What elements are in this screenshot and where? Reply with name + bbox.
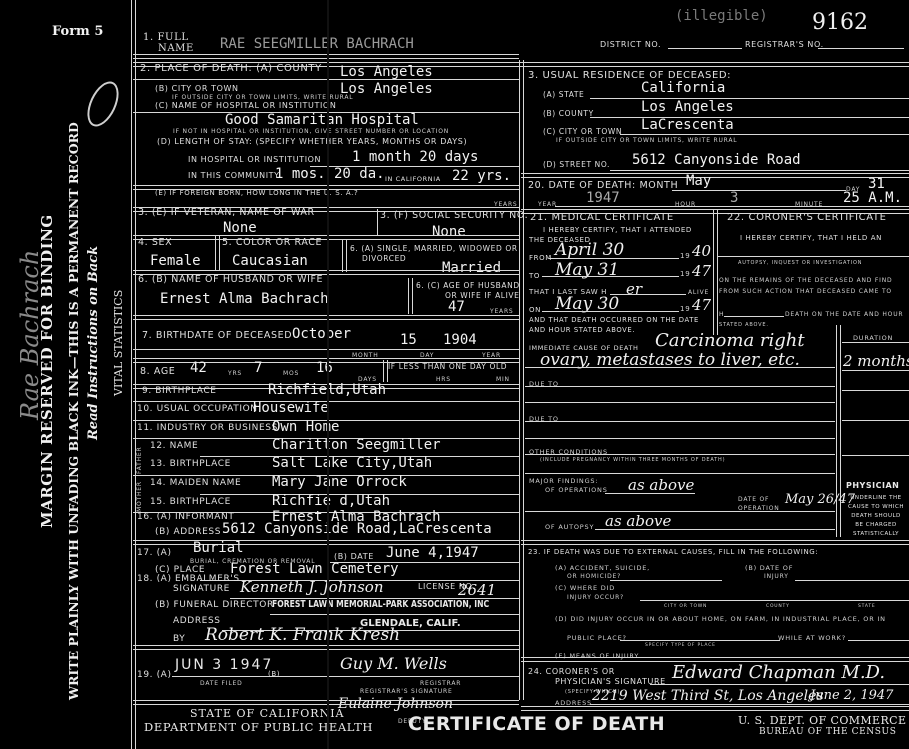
birth-month-value: October: [292, 326, 351, 342]
registrar-no-label: Registrar's No.: [745, 40, 824, 49]
mother-name-value: Mary Jane Orrock: [272, 474, 407, 490]
death-hour: 3: [730, 190, 738, 206]
county-of-death: Los Angeles: [340, 64, 433, 80]
middle-column-border: [519, 60, 524, 700]
embalmer-signature: Kenneth J. Johnson: [240, 578, 383, 596]
registrar-number: 9162: [812, 10, 868, 35]
mother-birthplace-value: Richfie d,Utah: [272, 493, 390, 509]
death-minute: 25 A.M.: [843, 190, 902, 206]
residence-city: LaCrescenta: [641, 117, 734, 133]
race-value: Caucasian: [232, 253, 308, 269]
death-year: 1947: [586, 190, 620, 206]
autopsy-findings: as above: [605, 512, 671, 530]
disposition-date-value: June 4,1947: [386, 545, 479, 561]
duration-value: 2 months: [843, 352, 909, 370]
city-of-death: Los Angeles: [340, 81, 433, 97]
age-years-value: 42: [190, 360, 207, 376]
physician-label: PHYSICIAN: [846, 481, 899, 490]
birth-year-value: 1904: [443, 332, 477, 348]
burial-place-value: Forest Lawn Cemetery: [230, 561, 399, 577]
industry-value: Own Home: [272, 419, 339, 435]
registrar-signature: Guy M. Wells: [340, 654, 447, 673]
binding-margin: Form 5 MARGIN RESERVED FOR BINDING WRITE…: [0, 0, 133, 749]
spouse-age-value: 47: [448, 299, 465, 315]
funeral-director-by-signature: Robert K. Frank Kresh: [205, 625, 400, 645]
department-name: DEPARTMENT OF PUBLIC HEALTH: [144, 720, 373, 734]
residence-street: 5612 Canyonside Road: [632, 152, 801, 168]
federal-bureau: BUREAU OF THE CENSUS: [759, 727, 897, 737]
hospital-name: Good Samaritan Hospital: [225, 112, 419, 128]
mother-label: Mother: [136, 481, 143, 512]
length-in-california: 22 yrs.: [452, 168, 511, 184]
margin-check-mark: [81, 77, 125, 131]
attended-from-year: 40: [692, 242, 711, 260]
attended-to: May 31: [555, 260, 619, 280]
attended-to-year: 47: [692, 262, 711, 280]
disposition-value: Burial: [193, 540, 244, 556]
read-instructions-text: Read Instructions on Back: [86, 246, 101, 440]
age-days-value: 16: [316, 360, 333, 376]
form-number: Form 5: [52, 24, 103, 39]
father-name-value: Charitton Seegmiller: [272, 437, 441, 453]
physician-signature: Edward Chapman M.D.: [672, 662, 885, 683]
margin-handwritten-name: Rae Bachrach: [16, 250, 44, 420]
death-month: May: [686, 173, 711, 189]
spouse-name-value: Ernest Alma Bachrach: [160, 291, 329, 307]
district-no-label: District No.: [600, 40, 661, 49]
sex-value: Female: [150, 253, 201, 269]
permanent-record-text: WRITE PLAINLY WITH UNFADING BLACK INK—TH…: [66, 122, 81, 700]
certificate-title: CERTIFICATE OF DEATH: [408, 713, 665, 735]
vital-statistics-text: VITAL STATISTICS: [112, 290, 125, 396]
residence-county: Los Angeles: [641, 99, 734, 115]
state-of-california: STATE OF CALIFORNIA: [190, 707, 344, 720]
last-saw-year: 47: [692, 296, 711, 314]
last-saw-suffix: er: [626, 280, 642, 298]
father-label: Father: [136, 447, 143, 474]
father-birthplace-value: Salt Lake City,Utah: [272, 455, 432, 471]
occupation-value: Housewife: [253, 400, 329, 416]
residence-state: California: [641, 80, 725, 96]
attended-from: April 30: [555, 240, 624, 260]
full-name-value: RAE SEEGMILLER BACHRACH: [220, 36, 414, 52]
age-months-value: 7: [254, 360, 262, 376]
physician-note: Underline the cause to which death shoul…: [843, 494, 909, 539]
veteran-value: None: [223, 220, 257, 236]
length-in-community: 1 mos. 20 da.: [275, 166, 385, 182]
immediate-cause-line1: Carcinoma right: [655, 330, 805, 351]
district-stamp: (illegible): [675, 8, 768, 24]
physician-sign-date: June 2, 1947: [810, 688, 893, 703]
scan-seam: [327, 0, 329, 749]
birth-day-value: 15: [400, 332, 417, 348]
operations-findings: as above: [628, 476, 694, 494]
date-filed-stamp: JUN 3 1947: [175, 657, 273, 673]
informant-address-value: 5612 Canyonside Road,LaCrescenta: [222, 521, 492, 537]
license-value: 2641: [458, 581, 496, 599]
funeral-director-value: FOREST LAWN MEMORIAL-PARK ASSOCIATION, I…: [272, 599, 489, 610]
physician-address: 2219 West Third St, Los Angeles: [592, 688, 824, 704]
length-in-hospital: 1 month 20 days: [352, 149, 478, 165]
federal-department: U. S. DEPT. OF COMMERCE: [738, 714, 906, 727]
